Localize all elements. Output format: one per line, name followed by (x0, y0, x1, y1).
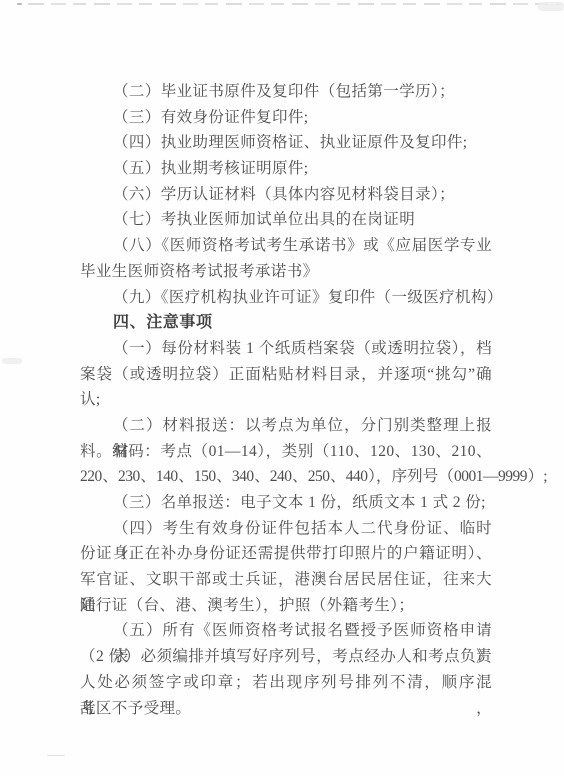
note-item-2-cont: 料。编码：考点（01—14），类别（110、120、130、210、 (80, 439, 492, 465)
material-item-8: （八）《医师资格考试考生承诺书》或《应届医学专业 (80, 233, 492, 259)
note-item-4-cont-3: 通行证（台、港、澳考生），护照（外籍考生）； (80, 593, 492, 619)
note-item-5: （五）所有《医师资格考试报名暨授予医师资格申请表》 (80, 618, 492, 644)
material-item-3: （三）有效身份证件复印件; (80, 105, 492, 131)
note-item-3: （三）名单报送：电子文本 1 份，纸质文本 1 式 2 份; (80, 490, 492, 516)
document-text-block: （二）毕业证书原件及复印件（包括第一学历）； （三）有效身份证件复印件; （四）… (80, 79, 492, 721)
scan-smudge-top-right (538, 2, 564, 11)
material-item-2: （二）毕业证书原件及复印件（包括第一学历）； (80, 79, 492, 105)
note-item-2-cont-2: 220、230、140、150、340、240、250、440），序列号（000… (80, 464, 547, 490)
material-item-8-cont: 毕业生医师资格考试报考承诺书》 (80, 259, 492, 285)
scan-speck-top-left (17, 3, 22, 5)
note-item-1-cont-2: 认; (80, 387, 492, 413)
note-item-4-cont-2: 军官证、文职干部或士兵证，港澳台居民居住证，往来大陆 (80, 567, 492, 593)
section-4-heading: 四、注意事项 (80, 310, 492, 336)
scan-speck-bottom-left (47, 755, 65, 756)
scan-smudge-left (2, 358, 22, 364)
note-item-4: （四）考生有效身份证件包括本人二代身份证、临时身 (80, 516, 492, 542)
document-page: （二）毕业证书原件及复印件（包括第一学历）； （三）有效身份证件复印件; （四）… (0, 0, 564, 776)
material-item-5: （五）执业期考核证明原件; (80, 156, 492, 182)
note-item-5-cont-2: 人处必须签字或印章；若出现序列号排列不清，顺序混乱， (80, 670, 492, 696)
note-item-1: （一）每份材料装 1 个纸质档案袋（或透明拉袋），档 (80, 336, 492, 362)
note-item-1-cont: 案袋（或透明拉袋）正面粘贴材料目录，并逐项“挑勾”确 (80, 362, 492, 388)
material-item-7: （七）考执业医师加试单位出具的在岗证明 (80, 207, 492, 233)
scan-artifact-top-line (28, 3, 562, 5)
note-item-4-cont: 份证（正在补办身份证还需提供带打印照片的户籍证明）、 (80, 541, 492, 567)
note-item-5-cont: （2 份）必须编排并填写好序列号，考点经办人和考点负责 (80, 644, 492, 670)
note-item-2: （二）材料报送：以考点为单位，分门别类整理上报材 (80, 413, 492, 439)
material-item-4: （四）执业助理医师资格证、执业证原件及复印件; (80, 130, 492, 156)
material-item-9: （九）《医疗机构执业许可证》复印件（一级医疗机构） (80, 285, 492, 311)
material-item-6: （六）学历认证材料（具体内容见材料袋目录）； (80, 182, 492, 208)
